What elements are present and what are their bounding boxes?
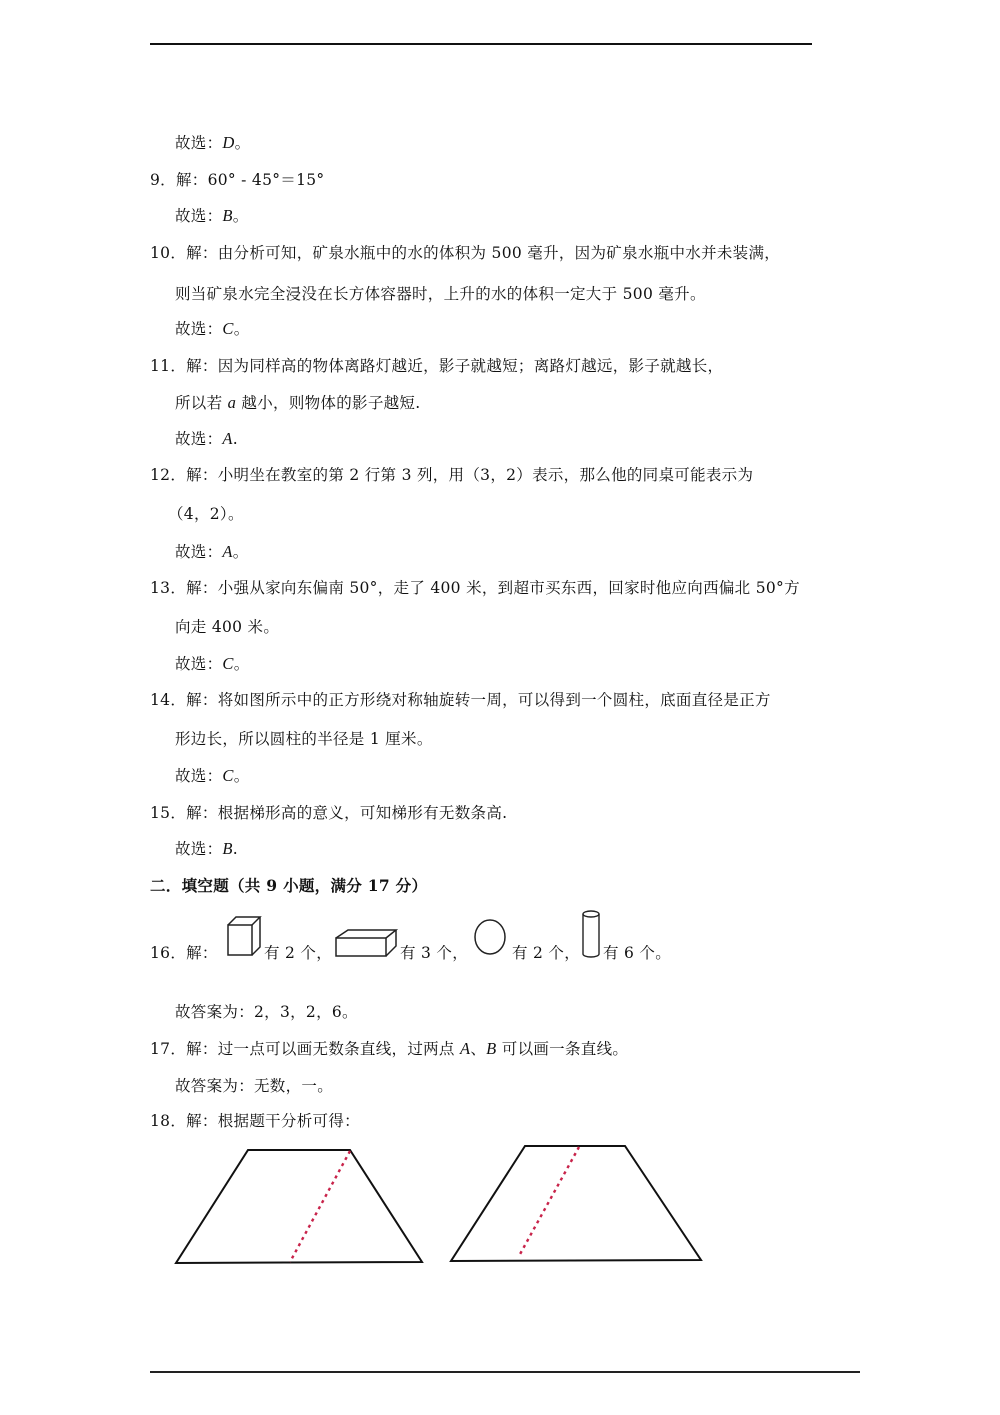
trapezoid-height-figure-2 — [445, 1140, 710, 1270]
q8-answer: 故选：D。 — [175, 133, 250, 153]
q16-part-1: 有 2 个， — [264, 943, 332, 963]
solution-text: 向走 400 米。 — [175, 618, 279, 636]
cuboid-icon — [334, 928, 398, 958]
punct: 。 — [234, 767, 250, 785]
q16: 16．解： — [150, 943, 218, 963]
question-number: 15． — [150, 804, 186, 822]
answer-text: 故答案为：2，3，2，6。 — [175, 1003, 358, 1021]
section-heading: 二．填空题（共 9 小题，满分 17 分） — [150, 876, 427, 896]
q14-continuation: 形边长，所以圆柱的半径是 1 厘米。 — [175, 729, 433, 749]
solution-text: 可以画一条直线。 — [497, 1040, 629, 1058]
question-number: 14． — [150, 691, 186, 709]
part-text: 有 3 个， — [400, 944, 468, 962]
punct: 。 — [235, 134, 251, 152]
solution-text: 解：因为同样高的物体离路灯越近，影子就越短；离路灯越远，影子就越长， — [186, 357, 723, 375]
answer-label: 故选： — [175, 134, 222, 152]
punct: 。 — [233, 207, 249, 225]
q9-answer: 故选：B。 — [175, 206, 249, 226]
question-number: 17． — [150, 1040, 186, 1058]
q16-answer: 故答案为：2，3，2，6。 — [175, 1002, 358, 1022]
solution-text: 解：根据梯形高的意义，可知梯形有无数条高. — [186, 804, 507, 822]
answer-label: 故选： — [175, 655, 222, 673]
point-b: B — [486, 1039, 496, 1058]
solution-text: 解：60° - 45°＝15° — [176, 171, 325, 189]
solution-text: 解：过一点可以画无数条直线，过两点 — [186, 1040, 460, 1058]
q17: 17．解：过一点可以画无数条直线，过两点 A、B 可以画一条直线。 — [150, 1039, 628, 1059]
solution-text: 解：将如图所示中的正方形绕对称轴旋转一周，可以得到一个圆柱，底面直径是正方 — [186, 691, 771, 709]
solution-text: 则当矿泉水完全浸没在长方体容器时，上升的水的体积一定大于 500 毫升。 — [175, 285, 706, 303]
solution-text: 解：小明坐在教室的第 2 行第 3 列，用（3，2）表示，那么他的同桌可能表示为 — [186, 466, 753, 484]
answer-choice: C — [222, 654, 233, 673]
solution-text: 解：根据题干分析可得： — [186, 1112, 360, 1130]
trapezoid-height-figure-1 — [170, 1140, 430, 1270]
q12: 12．解：小明坐在教室的第 2 行第 3 列，用（3，2）表示，那么他的同桌可能… — [150, 465, 753, 485]
question-number: 11． — [150, 357, 186, 375]
q12-answer: 故选：A。 — [175, 542, 249, 562]
solution-text: 越小，则物体的影子越短. — [236, 394, 420, 412]
answer-label: 故选： — [175, 430, 222, 448]
q14-answer: 故选：C。 — [175, 766, 250, 786]
solution-text: 解：小强从家向东偏南 50°，走了 400 米，到超市买东西，回家时他应向西偏北… — [186, 579, 800, 597]
q18: 18．解：根据题干分析可得： — [150, 1111, 360, 1131]
question-number: 16． — [150, 944, 186, 962]
solution-text: 形边长，所以圆柱的半径是 1 厘米。 — [175, 730, 433, 748]
q16-part-4: 有 6 个。 — [603, 943, 671, 963]
q14: 14．解：将如图所示中的正方形绕对称轴旋转一周，可以得到一个圆柱，底面直径是正方 — [150, 690, 771, 710]
question-number: 10． — [150, 244, 186, 262]
answer-choice: A — [222, 429, 232, 448]
question-number: 12． — [150, 466, 186, 484]
q10: 10．解：由分析可知，矿泉水瓶中的水的体积为 500 毫升，因为矿泉水瓶中水并未… — [150, 243, 780, 263]
cube-icon — [226, 915, 262, 957]
solution-text: （4，2）。 — [168, 505, 244, 523]
punct: 、 — [470, 1040, 486, 1058]
q9: 9．解：60° - 45°＝15° — [150, 170, 324, 190]
q11-continuation: 所以若 a 越小，则物体的影子越短. — [175, 393, 420, 413]
answer-label: 故选： — [175, 207, 222, 225]
answer-choice: B — [222, 206, 232, 225]
variable-a: a — [228, 393, 237, 412]
q16-part-2: 有 3 个， — [400, 943, 468, 963]
answer-label: 故选： — [175, 543, 222, 561]
part-text: 有 2 个， — [512, 944, 580, 962]
punct: 。 — [234, 320, 250, 338]
answer-label: 故选： — [175, 767, 222, 785]
q15-answer: 故选：B. — [175, 839, 238, 859]
part-text: 有 6 个。 — [603, 944, 671, 962]
header-rule — [150, 43, 812, 45]
q10-continuation: 则当矿泉水完全浸没在长方体容器时，上升的水的体积一定大于 500 毫升。 — [175, 284, 706, 304]
q10-answer: 故选：C。 — [175, 319, 250, 339]
punct: 。 — [233, 543, 249, 561]
punct: . — [233, 840, 238, 858]
part-text: 有 2 个， — [264, 944, 332, 962]
punct: 。 — [234, 655, 250, 673]
solution-text: 所以若 — [175, 394, 228, 412]
q11: 11．解：因为同样高的物体离路灯越近，影子就越短；离路灯越远，影子就越长， — [150, 356, 723, 376]
sphere-icon — [473, 918, 507, 958]
answer-label: 故选： — [175, 320, 222, 338]
question-number: 18． — [150, 1112, 186, 1130]
q15: 15．解：根据梯形高的意义，可知梯形有无数条高. — [150, 803, 507, 823]
answer-label: 故选： — [175, 840, 222, 858]
section-title: 二．填空题（共 9 小题，满分 17 分） — [150, 876, 427, 895]
point-a: A — [460, 1039, 470, 1058]
answer-choice: C — [222, 766, 233, 785]
q16-part-3: 有 2 个， — [512, 943, 580, 963]
answer-choice: A — [222, 542, 232, 561]
answer-choice: B — [222, 839, 232, 858]
q13-continuation: 向走 400 米。 — [175, 617, 279, 637]
cylinder-icon — [581, 910, 601, 960]
q11-answer: 故选：A. — [175, 429, 238, 449]
answer-choice: D — [222, 133, 234, 152]
question-number: 13． — [150, 579, 186, 597]
solution-text: 解：由分析可知，矿泉水瓶中的水的体积为 500 毫升，因为矿泉水瓶中水并未装满， — [186, 244, 780, 262]
solution-text: 解： — [186, 944, 218, 962]
answer-text: 故答案为：无数，一。 — [175, 1077, 333, 1095]
answer-choice: C — [222, 319, 233, 338]
footer-rule — [150, 1371, 860, 1373]
q17-answer: 故答案为：无数，一。 — [175, 1076, 333, 1096]
q13: 13．解：小强从家向东偏南 50°，走了 400 米，到超市买东西，回家时他应向… — [150, 578, 800, 598]
question-number: 9． — [150, 171, 176, 189]
q13-answer: 故选：C。 — [175, 654, 250, 674]
q12-continuation: （4，2）。 — [168, 504, 244, 524]
punct: . — [233, 430, 238, 448]
